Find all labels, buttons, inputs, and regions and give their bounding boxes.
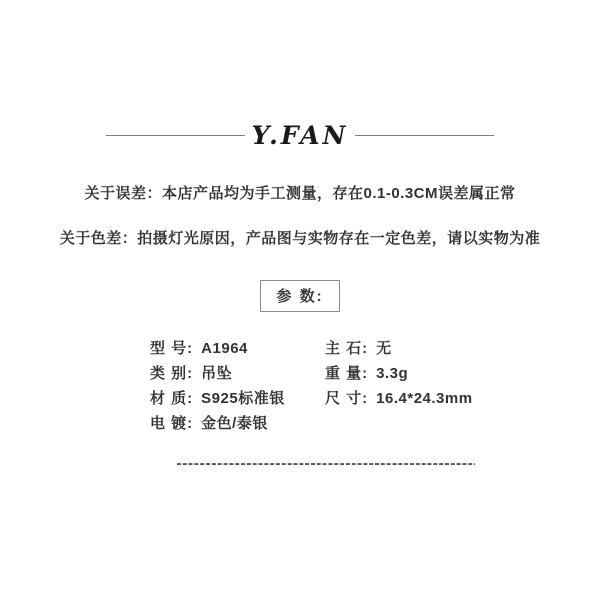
param-label-plating: 电 镀:	[150, 411, 193, 436]
param-row-material: 材 质:S925标准银	[150, 386, 285, 411]
param-row-main-stone: 主 石:无	[325, 336, 473, 361]
product-info-page: Y.FAN 关于误差：本店产品均为手工测量，存在0.1-0.3CM误差属正常 关…	[0, 0, 600, 600]
param-value-main-stone: 无	[376, 336, 392, 361]
brand-logo: Y.FAN	[252, 121, 349, 150]
param-row-size: 尺 寸:16.4*24.3mm	[325, 386, 473, 411]
parameters-column-left: 型 号:A1964 类 别:吊坠 材 质:S925标准银 电 镀:金色/泰银	[150, 336, 285, 436]
param-label-main-stone: 主 石:	[325, 336, 368, 361]
param-row-weight: 重 量:3.3g	[325, 361, 473, 386]
notice-color-difference: 关于色差：拍摄灯光原因，产品图与实物存在一定色差，请以实物为准	[0, 227, 600, 248]
notice-measurement-error: 关于误差：本店产品均为手工测量，存在0.1-0.3CM误差属正常	[0, 182, 600, 203]
brand-header: Y.FAN	[0, 116, 600, 154]
param-label-material: 材 质:	[150, 386, 193, 411]
param-value-size: 16.4*24.3mm	[376, 386, 472, 411]
parameters-title-box: 参 数:	[260, 280, 339, 312]
param-value-material: S925标准银	[201, 386, 285, 411]
param-label-weight: 重 量:	[325, 361, 368, 386]
bottom-dashed-divider: ----------------------------------------…	[175, 457, 475, 472]
param-row-category: 类 别:吊坠	[150, 361, 285, 386]
brand-divider-right	[355, 135, 494, 136]
param-value-category: 吊坠	[201, 361, 232, 386]
param-label-category: 类 别:	[150, 361, 193, 386]
param-row-plating: 电 镀:金色/泰银	[150, 411, 285, 436]
param-row-model: 型 号:A1964	[150, 336, 285, 361]
param-value-plating: 金色/泰银	[201, 411, 268, 436]
parameters-column-right: 主 石:无 重 量:3.3g 尺 寸:16.4*24.3mm	[325, 336, 473, 411]
param-label-model: 型 号:	[150, 336, 193, 361]
param-value-weight: 3.3g	[376, 361, 408, 386]
parameters-header-wrap: 参 数:	[0, 280, 600, 312]
brand-divider-left	[106, 135, 245, 136]
param-label-size: 尺 寸:	[325, 386, 368, 411]
param-value-model: A1964	[201, 336, 248, 361]
